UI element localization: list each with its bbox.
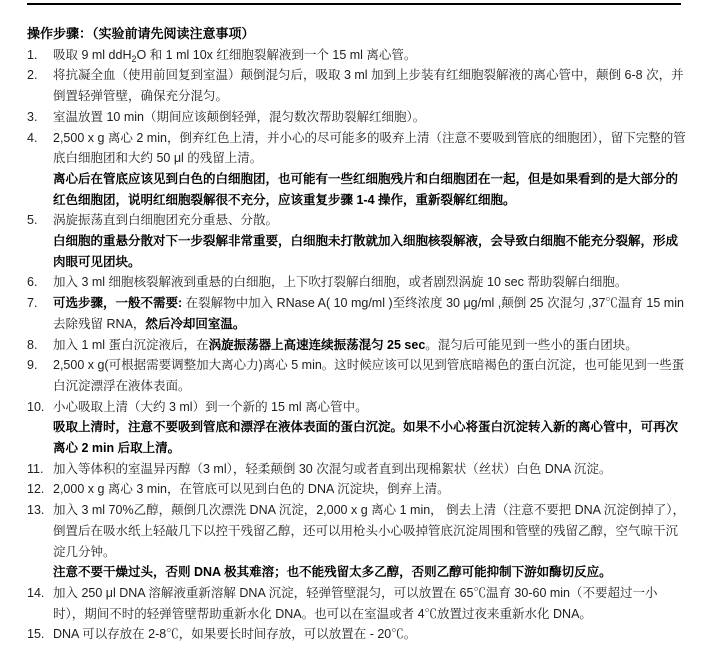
step-body: 加入等体积的室温异丙醇（3 ml），轻柔颠倒 30 次混匀或者直到出现棉絮状（丝… <box>53 459 686 480</box>
text-run: 加入 3 ml 70%乙醇，颠倒几次漂洗 DNA 沉淀，2,000 x g 离心… <box>53 503 685 558</box>
step-number: 12. <box>27 479 53 500</box>
step-body: 2,000 x g 离心 3 min，在管底可以见到白色的 DNA 沉淀块，倒弃… <box>53 479 686 500</box>
text-run: 。混匀后可能见到一些小的蛋白团块。 <box>425 338 638 352</box>
text-run: 2,500 x g(可根据需要调整加大离心力)离心 5 min。这时候应该可以见… <box>53 358 684 393</box>
step-number: 1. <box>27 45 53 66</box>
bold-run: 可选步骤，一般不需要: <box>53 296 186 310</box>
step-body: 加入 3 ml 70%乙醇，颠倒几次漂洗 DNA 沉淀，2,000 x g 离心… <box>53 500 686 583</box>
step-number: 11. <box>27 459 53 480</box>
step-body: 小心吸取上清（大约 3 ml）到一个新的 15 ml 离心管中。吸取上清时，注意… <box>53 397 686 459</box>
step-row-13: 13.加入 3 ml 70%乙醇，颠倒几次漂洗 DNA 沉淀，2,000 x g… <box>27 500 686 583</box>
step-body: 加入 3 ml 细胞核裂解液到重悬的白细胞，上下吹打裂解白细胞，或者剧烈涡旋 1… <box>53 272 686 293</box>
step-body: 将抗凝全血（使用前回复到室温）颠倒混匀后，吸取 3 ml 加到上步装有红细胞裂解… <box>53 65 686 106</box>
step-text: 加入 1 ml 蛋白沉淀液后，在涡旋振荡器上高速连续振荡混匀 25 sec。混匀… <box>53 335 686 356</box>
step-body: 涡旋振荡直到白细胞团充分重悬、分散。白细胞的重悬分散对下一步裂解非常重要，白细胞… <box>53 210 686 272</box>
step-text: 加入 3 ml 细胞核裂解液到重悬的白细胞，上下吹打裂解白细胞，或者剧烈涡旋 1… <box>53 272 686 293</box>
step-text: 加入 250 μl DNA 溶解液重新溶解 DNA 沉淀，轻弹管壁混匀，可以放置… <box>53 583 686 624</box>
text-run: DNA 可以存放在 2-8℃，如果要长时间存放，可以放置在 - 20℃。 <box>53 627 416 641</box>
steps-list: 1.吸取 9 ml ddH2O 和 1 ml 10x 红细胞裂解液到一个 15 … <box>27 45 686 645</box>
step-number: 3. <box>27 107 53 128</box>
step-body: 加入 250 μl DNA 溶解液重新溶解 DNA 沉淀，轻弹管壁混匀，可以放置… <box>53 583 686 624</box>
step-body: 吸取 9 ml ddH2O 和 1 ml 10x 红细胞裂解液到一个 15 ml… <box>53 45 686 66</box>
step-number: 5. <box>27 210 53 272</box>
step-row-1: 1.吸取 9 ml ddH2O 和 1 ml 10x 红细胞裂解液到一个 15 … <box>27 45 686 66</box>
text-run: 涡旋振荡直到白细胞团充分重悬、分散。 <box>53 213 278 227</box>
step-text: 可选步骤，一般不需要: 在裂解物中加入 RNase A( 10 mg/ml )至… <box>53 293 686 334</box>
step-text: 2,500 x g 离心 2 min，倒弃红色上清，并小心的尽可能多的吸弃上清（… <box>53 128 686 169</box>
text-run: 加入 1 ml 蛋白沉淀液后，在 <box>53 338 209 352</box>
bold-run: 然后冷却回室温。 <box>145 317 245 331</box>
step-text: 室温放置 10 min（期间应该颠倒轻弹，混匀数次帮助裂解红细胞）。 <box>53 107 686 128</box>
step-note: 白细胞的重悬分散对下一步裂解非常重要，白细胞未打散就加入细胞核裂解液，会导致白细… <box>53 231 686 272</box>
step-row-14: 14.加入 250 μl DNA 溶解液重新溶解 DNA 沉淀，轻弹管壁混匀，可… <box>27 583 686 624</box>
step-row-4: 4.2,500 x g 离心 2 min，倒弃红色上清，并小心的尽可能多的吸弃上… <box>27 128 686 211</box>
step-body: 2,500 x g 离心 2 min，倒弃红色上清，并小心的尽可能多的吸弃上清（… <box>53 128 686 211</box>
step-number: 14. <box>27 583 53 624</box>
step-text: 涡旋振荡直到白细胞团充分重悬、分散。 <box>53 210 686 231</box>
step-row-12: 12.2,000 x g 离心 3 min，在管底可以见到白色的 DNA 沉淀块… <box>27 479 686 500</box>
step-text: 小心吸取上清（大约 3 ml）到一个新的 15 ml 离心管中。 <box>53 397 686 418</box>
top-divider <box>27 3 681 5</box>
step-number: 4. <box>27 128 53 211</box>
step-row-15: 15.DNA 可以存放在 2-8℃，如果要长时间存放，可以放置在 - 20℃。 <box>27 624 686 645</box>
step-row-6: 6.加入 3 ml 细胞核裂解液到重悬的白细胞，上下吹打裂解白细胞，或者剧烈涡旋… <box>27 272 686 293</box>
bold-run: 涡旋振荡器上高速连续振荡混匀 25 sec <box>209 338 426 352</box>
step-note: 注意不要干燥过头，否则 DNA 极其难溶；也不能残留太多乙醇，否则乙醇可能抑制下… <box>53 562 686 583</box>
step-number: 2. <box>27 65 53 106</box>
step-text: 2,500 x g(可根据需要调整加大离心力)离心 5 min。这时候应该可以见… <box>53 355 686 396</box>
text-run: 2,000 x g 离心 3 min，在管底可以见到白色的 DNA 沉淀块，倒弃… <box>53 482 450 496</box>
step-body: 加入 1 ml 蛋白沉淀液后，在涡旋振荡器上高速连续振荡混匀 25 sec。混匀… <box>53 335 686 356</box>
step-number: 15. <box>27 624 53 645</box>
text-run: 将抗凝全血（使用前回复到室温）颠倒混匀后，吸取 3 ml 加到上步装有红细胞裂解… <box>53 68 684 103</box>
step-text: 加入 3 ml 70%乙醇，颠倒几次漂洗 DNA 沉淀，2,000 x g 离心… <box>53 500 686 562</box>
protocol-page: 操作步骤：（实验前请先阅读注意事项） 1.吸取 9 ml ddH2O 和 1 m… <box>0 3 713 669</box>
bold-run: 吸取上清时，注意不要吸到管底和漂浮在液体表面的蛋白沉淀。如果不小心将蛋白沉淀转入… <box>53 420 678 455</box>
step-body: 2,500 x g(可根据需要调整加大离心力)离心 5 min。这时候应该可以见… <box>53 355 686 396</box>
bold-run: 注意不要干燥过头，否则 DNA 极其难溶；也不能残留太多乙醇，否则乙醇可能抑制下… <box>53 565 612 579</box>
text-run: 加入 3 ml 细胞核裂解液到重悬的白细胞，上下吹打裂解白细胞，或者剧烈涡旋 1… <box>53 275 627 289</box>
step-row-10: 10.小心吸取上清（大约 3 ml）到一个新的 15 ml 离心管中。吸取上清时… <box>27 397 686 459</box>
step-row-9: 9.2,500 x g(可根据需要调整加大离心力)离心 5 min。这时候应该可… <box>27 355 686 396</box>
step-number: 13. <box>27 500 53 583</box>
text-run: 加入 250 μl DNA 溶解液重新溶解 DNA 沉淀，轻弹管壁混匀，可以放置… <box>53 586 658 621</box>
step-note: 吸取上清时，注意不要吸到管底和漂浮在液体表面的蛋白沉淀。如果不小心将蛋白沉淀转入… <box>53 417 686 458</box>
step-body: DNA 可以存放在 2-8℃，如果要长时间存放，可以放置在 - 20℃。 <box>53 624 686 645</box>
step-row-2: 2.将抗凝全血（使用前回复到室温）颠倒混匀后，吸取 3 ml 加到上步装有红细胞… <box>27 65 686 106</box>
step-body: 室温放置 10 min（期间应该颠倒轻弹，混匀数次帮助裂解红细胞）。 <box>53 107 686 128</box>
bold-run: 离心后在管底应该见到白色的白细胞团，也可能有一些红细胞残片和白细胞团在一起，但是… <box>53 172 678 207</box>
step-text: 将抗凝全血（使用前回复到室温）颠倒混匀后，吸取 3 ml 加到上步装有红细胞裂解… <box>53 65 686 106</box>
text-run: 吸取 9 ml ddH <box>53 48 132 62</box>
step-text: 加入等体积的室温异丙醇（3 ml），轻柔颠倒 30 次混匀或者直到出现棉絮状（丝… <box>53 459 686 480</box>
text-run: 加入等体积的室温异丙醇（3 ml），轻柔颠倒 30 次混匀或者直到出现棉絮状（丝… <box>53 462 611 476</box>
step-row-5: 5.涡旋振荡直到白细胞团充分重悬、分散。白细胞的重悬分散对下一步裂解非常重要，白… <box>27 210 686 272</box>
step-row-3: 3.室温放置 10 min（期间应该颠倒轻弹，混匀数次帮助裂解红细胞）。 <box>27 107 686 128</box>
step-number: 7. <box>27 293 53 334</box>
step-row-7: 7.可选步骤，一般不需要: 在裂解物中加入 RNase A( 10 mg/ml … <box>27 293 686 334</box>
step-row-8: 8.加入 1 ml 蛋白沉淀液后，在涡旋振荡器上高速连续振荡混匀 25 sec。… <box>27 335 686 356</box>
text-run: 小心吸取上清（大约 3 ml）到一个新的 15 ml 离心管中。 <box>53 400 368 414</box>
step-text: DNA 可以存放在 2-8℃，如果要长时间存放，可以放置在 - 20℃。 <box>53 624 686 645</box>
step-body: 可选步骤，一般不需要: 在裂解物中加入 RNase A( 10 mg/ml )至… <box>53 293 686 334</box>
step-number: 8. <box>27 335 53 356</box>
text-run: O 和 1 ml 10x 红细胞裂解液到一个 15 ml 离心管。 <box>137 48 417 62</box>
step-number: 6. <box>27 272 53 293</box>
page-title: 操作步骤：（实验前请先阅读注意事项） <box>27 24 686 45</box>
text-run: 室温放置 10 min（期间应该颠倒轻弹，混匀数次帮助裂解红细胞）。 <box>53 110 425 124</box>
bold-run: 白细胞的重悬分散对下一步裂解非常重要，白细胞未打散就加入细胞核裂解液，会导致白细… <box>53 234 678 269</box>
step-note: 离心后在管底应该见到白色的白细胞团，也可能有一些红细胞残片和白细胞团在一起，但是… <box>53 169 686 210</box>
step-text: 2,000 x g 离心 3 min，在管底可以见到白色的 DNA 沉淀块，倒弃… <box>53 479 686 500</box>
step-row-11: 11.加入等体积的室温异丙醇（3 ml），轻柔颠倒 30 次混匀或者直到出现棉絮… <box>27 459 686 480</box>
step-number: 10. <box>27 397 53 459</box>
step-number: 9. <box>27 355 53 396</box>
text-run: 2,500 x g 离心 2 min，倒弃红色上清，并小心的尽可能多的吸弃上清（… <box>53 131 686 166</box>
step-text: 吸取 9 ml ddH2O 和 1 ml 10x 红细胞裂解液到一个 15 ml… <box>53 45 686 66</box>
